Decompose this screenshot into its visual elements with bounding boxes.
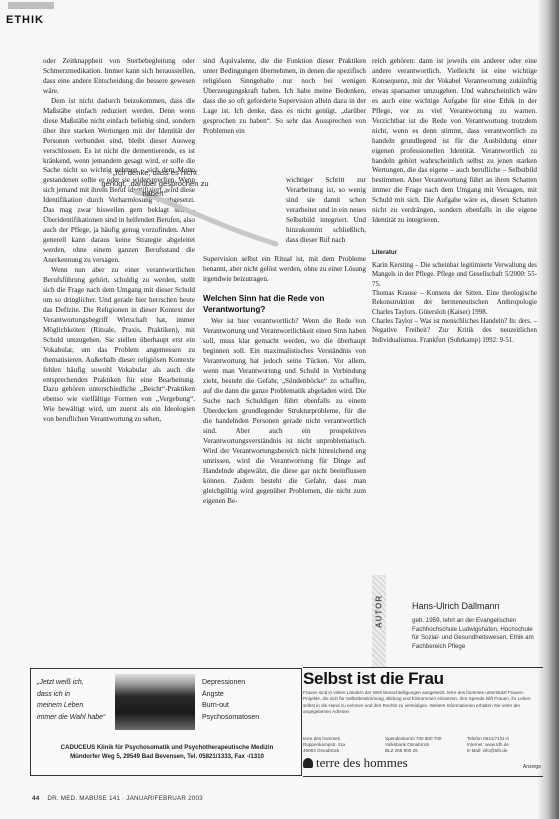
terre-des-hommes-logo: terre des hommes	[303, 755, 408, 771]
author-label: AUTOR	[375, 579, 384, 645]
author-name: Hans-Ulrich Dallmann	[412, 601, 500, 611]
ad-clinic-address: CADUCEUS Klinik für Psychosomatik und Ps…	[35, 743, 299, 761]
magazine-page: ETHIK oder Zeitknappheit von Sterbebegle…	[0, 0, 559, 819]
ad-topic: Depressionen	[202, 677, 300, 689]
ad-topic: Ängste	[202, 689, 300, 701]
paragraph: Supervision selbst ein Ritual ist, mit d…	[203, 255, 366, 285]
logo-mark-icon	[303, 758, 313, 768]
paragraph: Wer ist hier verantwortlich? Wenn die Re…	[203, 317, 366, 506]
subheading: Welchen Sinn hat die Rede von Verantwort…	[203, 294, 366, 315]
literature-entry: Thomas Krause – Konsens der Sitten. Eine…	[372, 289, 537, 317]
contact-block: terre des hommes Ruppenkampstr. 11a 4908…	[303, 736, 375, 755]
clinic-advertisement[interactable]: „Jetzt weiß ich, dass ich in meinem Lebe…	[30, 668, 302, 776]
paragraph: wichtiger Schritt zur Verarbeitung ist, …	[286, 176, 366, 246]
literature-entry: Charles Taylor – Was ist menschliches Ha…	[372, 317, 537, 345]
author-box: AUTOR Hans-Ulrich Dallmann geb. 1959, le…	[372, 575, 537, 667]
ad-quote: „Jetzt weiß ich, dass ich in meinem Lebe…	[37, 677, 115, 723]
page-spine-shadow	[537, 0, 559, 819]
literature-entry: Karin Kersting – Die scheinbar legitimie…	[372, 261, 537, 289]
ad-topic: Burn-out	[202, 700, 300, 712]
author-label-strip: AUTOR	[372, 575, 386, 667]
wrapped-text: wichtiger Schritt zur Verarbeitung ist, …	[286, 176, 366, 246]
paragraph: Wenn nun aber zu einer verantwortlichen …	[43, 266, 195, 425]
article-column-2: sind Äquivalente, die die Funktion diese…	[203, 57, 366, 507]
ad-photo	[115, 674, 195, 730]
section-header-bar	[8, 2, 54, 9]
charity-advertisement[interactable]: Selbst ist die Frau Frauen sind in viele…	[303, 667, 543, 777]
ad-body: Frauen sind in vielen Ländern der Welt B…	[303, 690, 539, 716]
literature-title: Literatur	[372, 248, 537, 258]
contact-block: Spendenkonto 700 800 700 Volksbank Osnab…	[385, 736, 457, 755]
contact-block: Telefon 0541/7101-0 Internet: www.tdh.de…	[467, 736, 539, 755]
article-column-3: reich gehören: dann ist jeweils ein ande…	[372, 57, 537, 345]
publication-info: DR. MED. MABUSE 141 · JANUAR/FEBRUAR 200…	[47, 795, 203, 802]
section-label: ETHIK	[6, 14, 44, 26]
author-bio: geb. 1959, lehrt an der Evangelischen Fa…	[412, 617, 537, 652]
paragraph: reich gehören: dann ist jeweils ein ande…	[372, 57, 537, 226]
paragraph: oder Zeitknappheit von Sterbebegleitung …	[43, 57, 195, 97]
pull-quote: „Ich denke, dass es nicht genügt, ‚darüb…	[100, 168, 210, 200]
page-number: 44	[32, 795, 39, 802]
ad-headline: Selbst ist die Frau	[303, 669, 444, 689]
paragraph: sind Äquivalente, die die Funktion diese…	[203, 57, 366, 137]
ad-topic: Psychosomatosen	[202, 712, 300, 724]
ad-contacts: terre des hommes Ruppenkampstr. 11a 4908…	[303, 736, 539, 755]
ad-topics-list: Depressionen Ängste Burn-out Psychosomat…	[202, 677, 300, 723]
page-footer: 44 DR. MED. MABUSE 141 · JANUAR/FEBRUAR …	[32, 795, 203, 802]
